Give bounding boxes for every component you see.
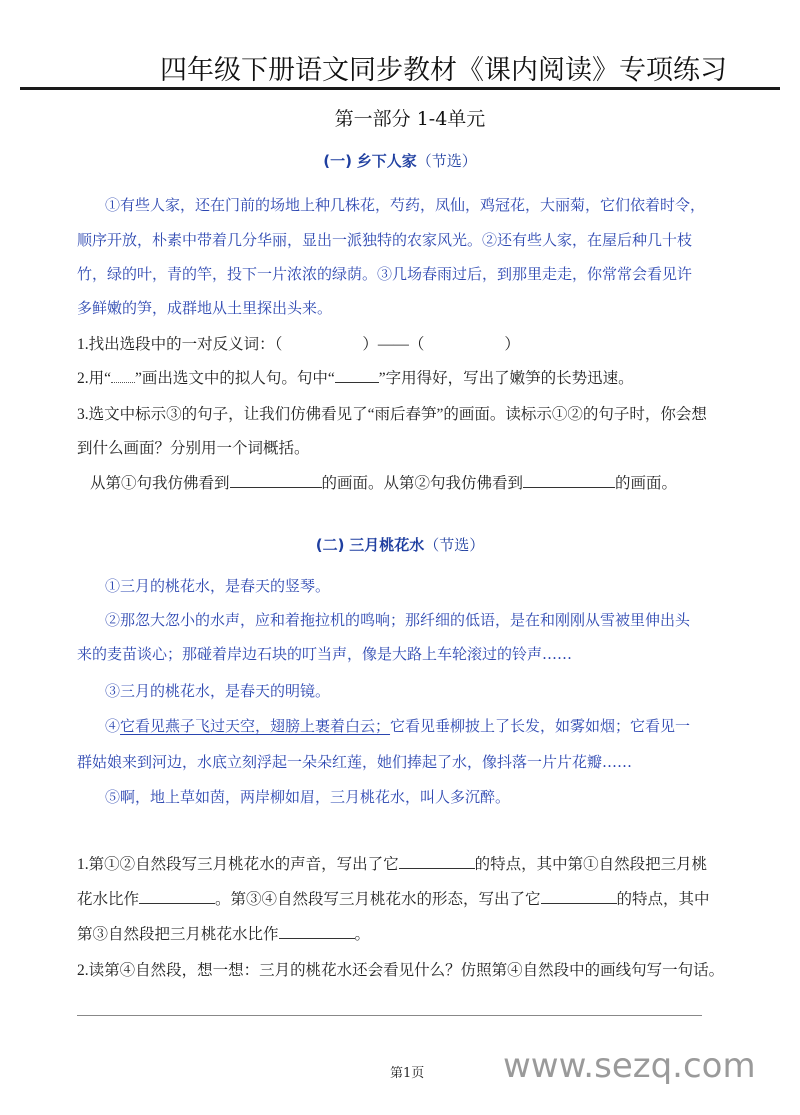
passage-1-number: (一) [323, 152, 352, 170]
question-text: 从第①句我仿佛看到 [90, 475, 230, 492]
answer-blank[interactable] [523, 473, 615, 488]
question-1-1: 1.找出选段中的一对反义词：（）——（） [77, 332, 717, 354]
document-title: 四年级下册语文同步教材《课内阅读》专项练习 [160, 48, 720, 87]
answer-line[interactable] [77, 1015, 702, 1016]
passage-1-line: ①有些人家，还在门前的场地上种几株花，芍药，凤仙，鸡冠花，大丽菊，它们依着时令， [105, 194, 745, 215]
question-2-1: 1.第①②自然段写三月桃花水的声音，写出了它的特点，其中第①自然段把三月桃 [77, 852, 717, 874]
question-1-3-cont: 到什么画面？分别用一个词概括。 [77, 436, 717, 458]
answer-blank[interactable] [230, 473, 322, 488]
passage-1-note: （节选） [417, 152, 477, 170]
answer-blank[interactable] [399, 854, 475, 869]
paragraph-text: 它看见垂柳披上了长发，如雾如烟；它看见一 [390, 717, 690, 735]
question-text: ”画出选文中的拟人句。句中“ [135, 370, 335, 387]
question-text: 1.找出选段中的一对反义词：（ [77, 336, 282, 353]
passage-1-line: 多鲜嫩的笋，成群地从土里探出头来。 [77, 297, 717, 318]
header-divider [20, 87, 780, 90]
answer-blank[interactable] [279, 924, 355, 939]
question-text: ”字用得好，写出了嫩笋的长势迅速。 [379, 370, 634, 387]
answer-blank[interactable] [139, 889, 215, 904]
question-text: 的画面。从第②句我仿佛看到 [322, 475, 524, 492]
question-1-3-answer: 从第①句我仿佛看到的画面。从第②句我仿佛看到的画面。 [90, 471, 730, 493]
question-text: 1.第①②自然段写三月桃花水的声音，写出了它 [77, 856, 399, 873]
question-2-1-cont: 花水比作。第③④自然段写三月桃花水的形态，写出了它的特点，其中 [77, 887, 717, 909]
question-text: 2.用“ [77, 370, 111, 387]
question-2-1-cont2: 第③自然段把三月桃花水比作。 [77, 922, 717, 944]
passage-1-title: (一) 乡下人家（节选） [0, 150, 800, 171]
answer-blank[interactable] [424, 335, 504, 349]
passage-2-number: (二) [316, 536, 345, 554]
passage-2-paragraph-3: ③三月的桃花水，是春天的明镜。 [105, 680, 745, 701]
passage-2-name: 三月桃花水 [349, 536, 424, 554]
passage-1-name: 乡下人家 [357, 152, 417, 170]
question-text: 的画面。 [615, 475, 677, 492]
underline-sample [111, 368, 135, 383]
question-2-2: 2.读第④自然段，想一想：三月的桃花水还会看见什么？仿照第④自然段中的画线句写一… [77, 958, 717, 980]
answer-blank[interactable] [282, 335, 362, 349]
question-text: ） [504, 336, 520, 353]
question-text: 第③自然段把三月桃花水比作 [77, 926, 279, 943]
question-text: 的特点，其中 [617, 891, 710, 908]
question-text: ）——（ [362, 336, 424, 353]
answer-blank[interactable] [541, 889, 617, 904]
passage-2-paragraph-1: ①三月的桃花水，是春天的竖琴。 [105, 575, 745, 596]
passage-2-paragraph-2: ②那忽大忽小的水声，应和着拖拉机的鸣响；那纤细的低语，是在和刚刚从雪被里伸出头 [105, 609, 745, 630]
section-title: 第一部分 1-4单元 [0, 104, 800, 131]
answer-blank[interactable] [335, 368, 379, 383]
passage-2-paragraph-2-cont: 来的麦苗谈心；那碰着岸边石块的叮当声，像是大路上车轮滚过的铃声…… [77, 643, 717, 664]
page-number: 第1页 [390, 1062, 424, 1081]
question-text: 。第③④自然段写三月桃花水的形态，写出了它 [215, 891, 541, 908]
question-1-3: 3.选文中标示③的句子，让我们仿佛看见了“雨后春笋”的画面。读标示①②的句子时，… [77, 402, 717, 424]
question-text: 花水比作 [77, 891, 139, 908]
question-1-2: 2.用“”画出选文中的拟人句。句中“”字用得好，写出了嫩笋的长势迅速。 [77, 366, 717, 388]
passage-2-paragraph-4: ④它看见燕子飞过天空，翅膀上裹着白云；它看见垂柳披上了长发，如雾如烟；它看见一 [105, 715, 745, 736]
watermark: www.sezq.com [503, 1046, 756, 1086]
passage-2-note: （节选） [424, 536, 484, 554]
paragraph-number: ④ [105, 717, 120, 735]
passage-2-paragraph-4-cont: 群姑娘来到河边，水底立刻浮起一朵朵红莲，她们捧起了水，像抖落一片片花瓣…… [77, 751, 717, 772]
passage-1-line: 顺序开放，朴素中带着几分华丽，显出一派独特的农家风光。②还有些人家，在屋后种几十… [77, 229, 717, 250]
question-text: 的特点，其中第①自然段把三月桃 [475, 856, 708, 873]
question-text: 。 [355, 926, 371, 943]
passage-1-line: 竹，绿的叶，青的竿，投下一片浓浓的绿荫。③几场春雨过后，到那里走走，你常常会看见… [77, 263, 717, 284]
passage-2-paragraph-5: ⑤啊，地上草如茵，两岸柳如眉，三月桃花水，叫人多沉醉。 [105, 786, 745, 807]
underlined-sentence: 它看见燕子飞过天空，翅膀上裹着白云； [120, 717, 390, 735]
passage-2-title: (二) 三月桃花水（节选） [0, 534, 800, 555]
